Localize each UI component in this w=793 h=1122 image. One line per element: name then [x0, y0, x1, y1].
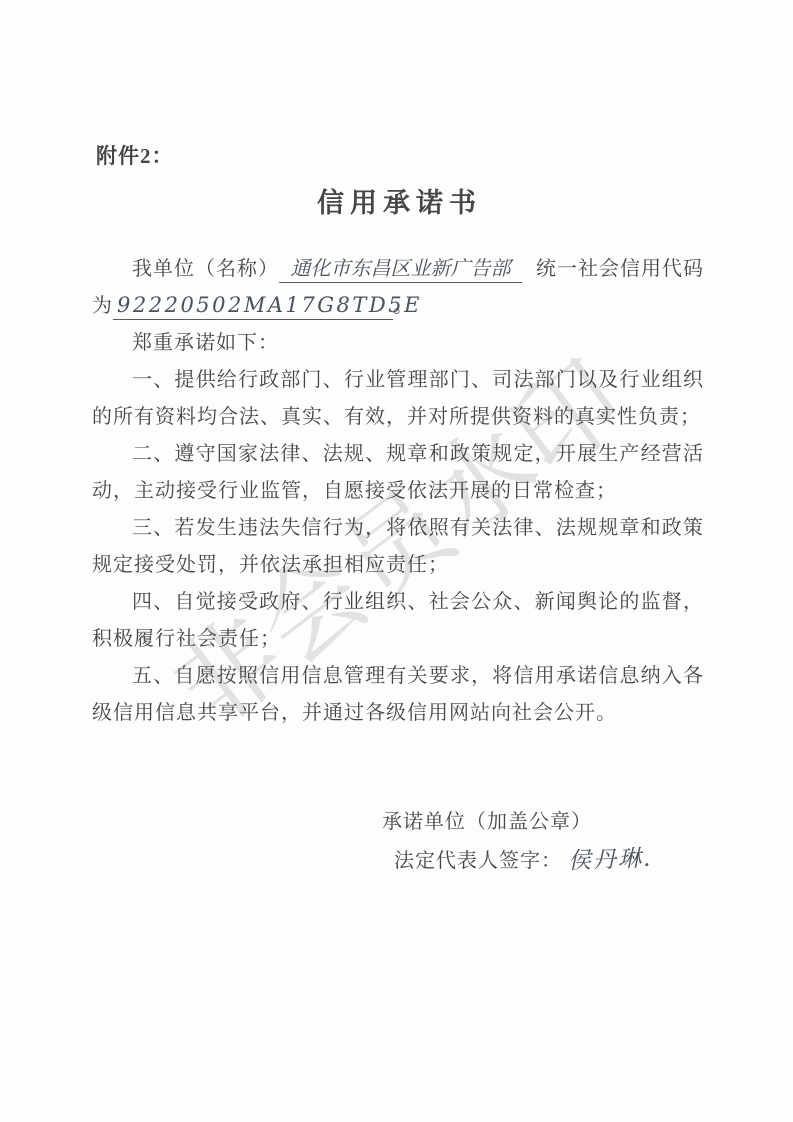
intro-line1-suffix: 统一社会信用代码	[536, 251, 704, 288]
pledge-lead: 郑重承诺如下：	[92, 325, 704, 362]
intro-line2-prefix: 为	[92, 288, 113, 325]
attachment-label: 附件2：	[96, 140, 174, 170]
credit-code-handwritten-field: 92220502MA17G8TD5E	[113, 291, 393, 320]
intro-line1-prefix: 我单位（名称）	[92, 251, 279, 288]
intro-line2-period: 。	[393, 288, 414, 325]
legal-representative-line: 法定代表人签字： 侯丹琳.	[394, 841, 652, 880]
intro-line-2: 为 92220502MA17G8TD5E 。	[92, 288, 704, 325]
pledge-item-4: 四、自觉接受政府、行业组织、社会公众、新闻舆论的监督，积极履行社会责任；	[92, 584, 704, 658]
pledge-item-2: 二、遵守国家法律、法规、规章和政策规定，开展生产经营活动，主动接受行业监管，自愿…	[92, 436, 704, 510]
legal-representative-label: 法定代表人签字：	[394, 850, 562, 872]
pledge-item-5: 五、自愿按照信用信息管理有关要求，将信用承诺信息纳入各级信用信息共享平台，并通过…	[92, 658, 704, 732]
intro-line-1: 我单位（名称） 通化市东昌区业新广告部 统一社会信用代码	[92, 251, 704, 288]
pledge-item-3: 三、若发生违法失信行为，将依照有关法律、法规规章和政策规定接受处罚，并依法承担相…	[92, 510, 704, 584]
pledge-item-1: 一、提供给行政部门、行业管理部门、司法部门以及行业组织的所有资料均合法、真实、有…	[92, 362, 704, 436]
signature-block: 承诺单位（加盖公章） 法定代表人签字： 侯丹琳.	[382, 803, 652, 880]
org-name-handwritten-field: 通化市东昌区业新广告部	[279, 254, 522, 283]
scanned-document-page: 非会员水印 附件2： 信用承诺书 我单位（名称） 通化市东昌区业新广告部 统一社…	[0, 0, 793, 1122]
legal-representative-signature-handwritten: 侯丹琳.	[567, 840, 653, 881]
promising-unit-line: 承诺单位（加盖公章）	[382, 803, 652, 841]
document-title: 信用承诺书	[0, 181, 793, 220]
document-body: 我单位（名称） 通化市东昌区业新广告部 统一社会信用代码 为 92220502M…	[92, 251, 704, 732]
